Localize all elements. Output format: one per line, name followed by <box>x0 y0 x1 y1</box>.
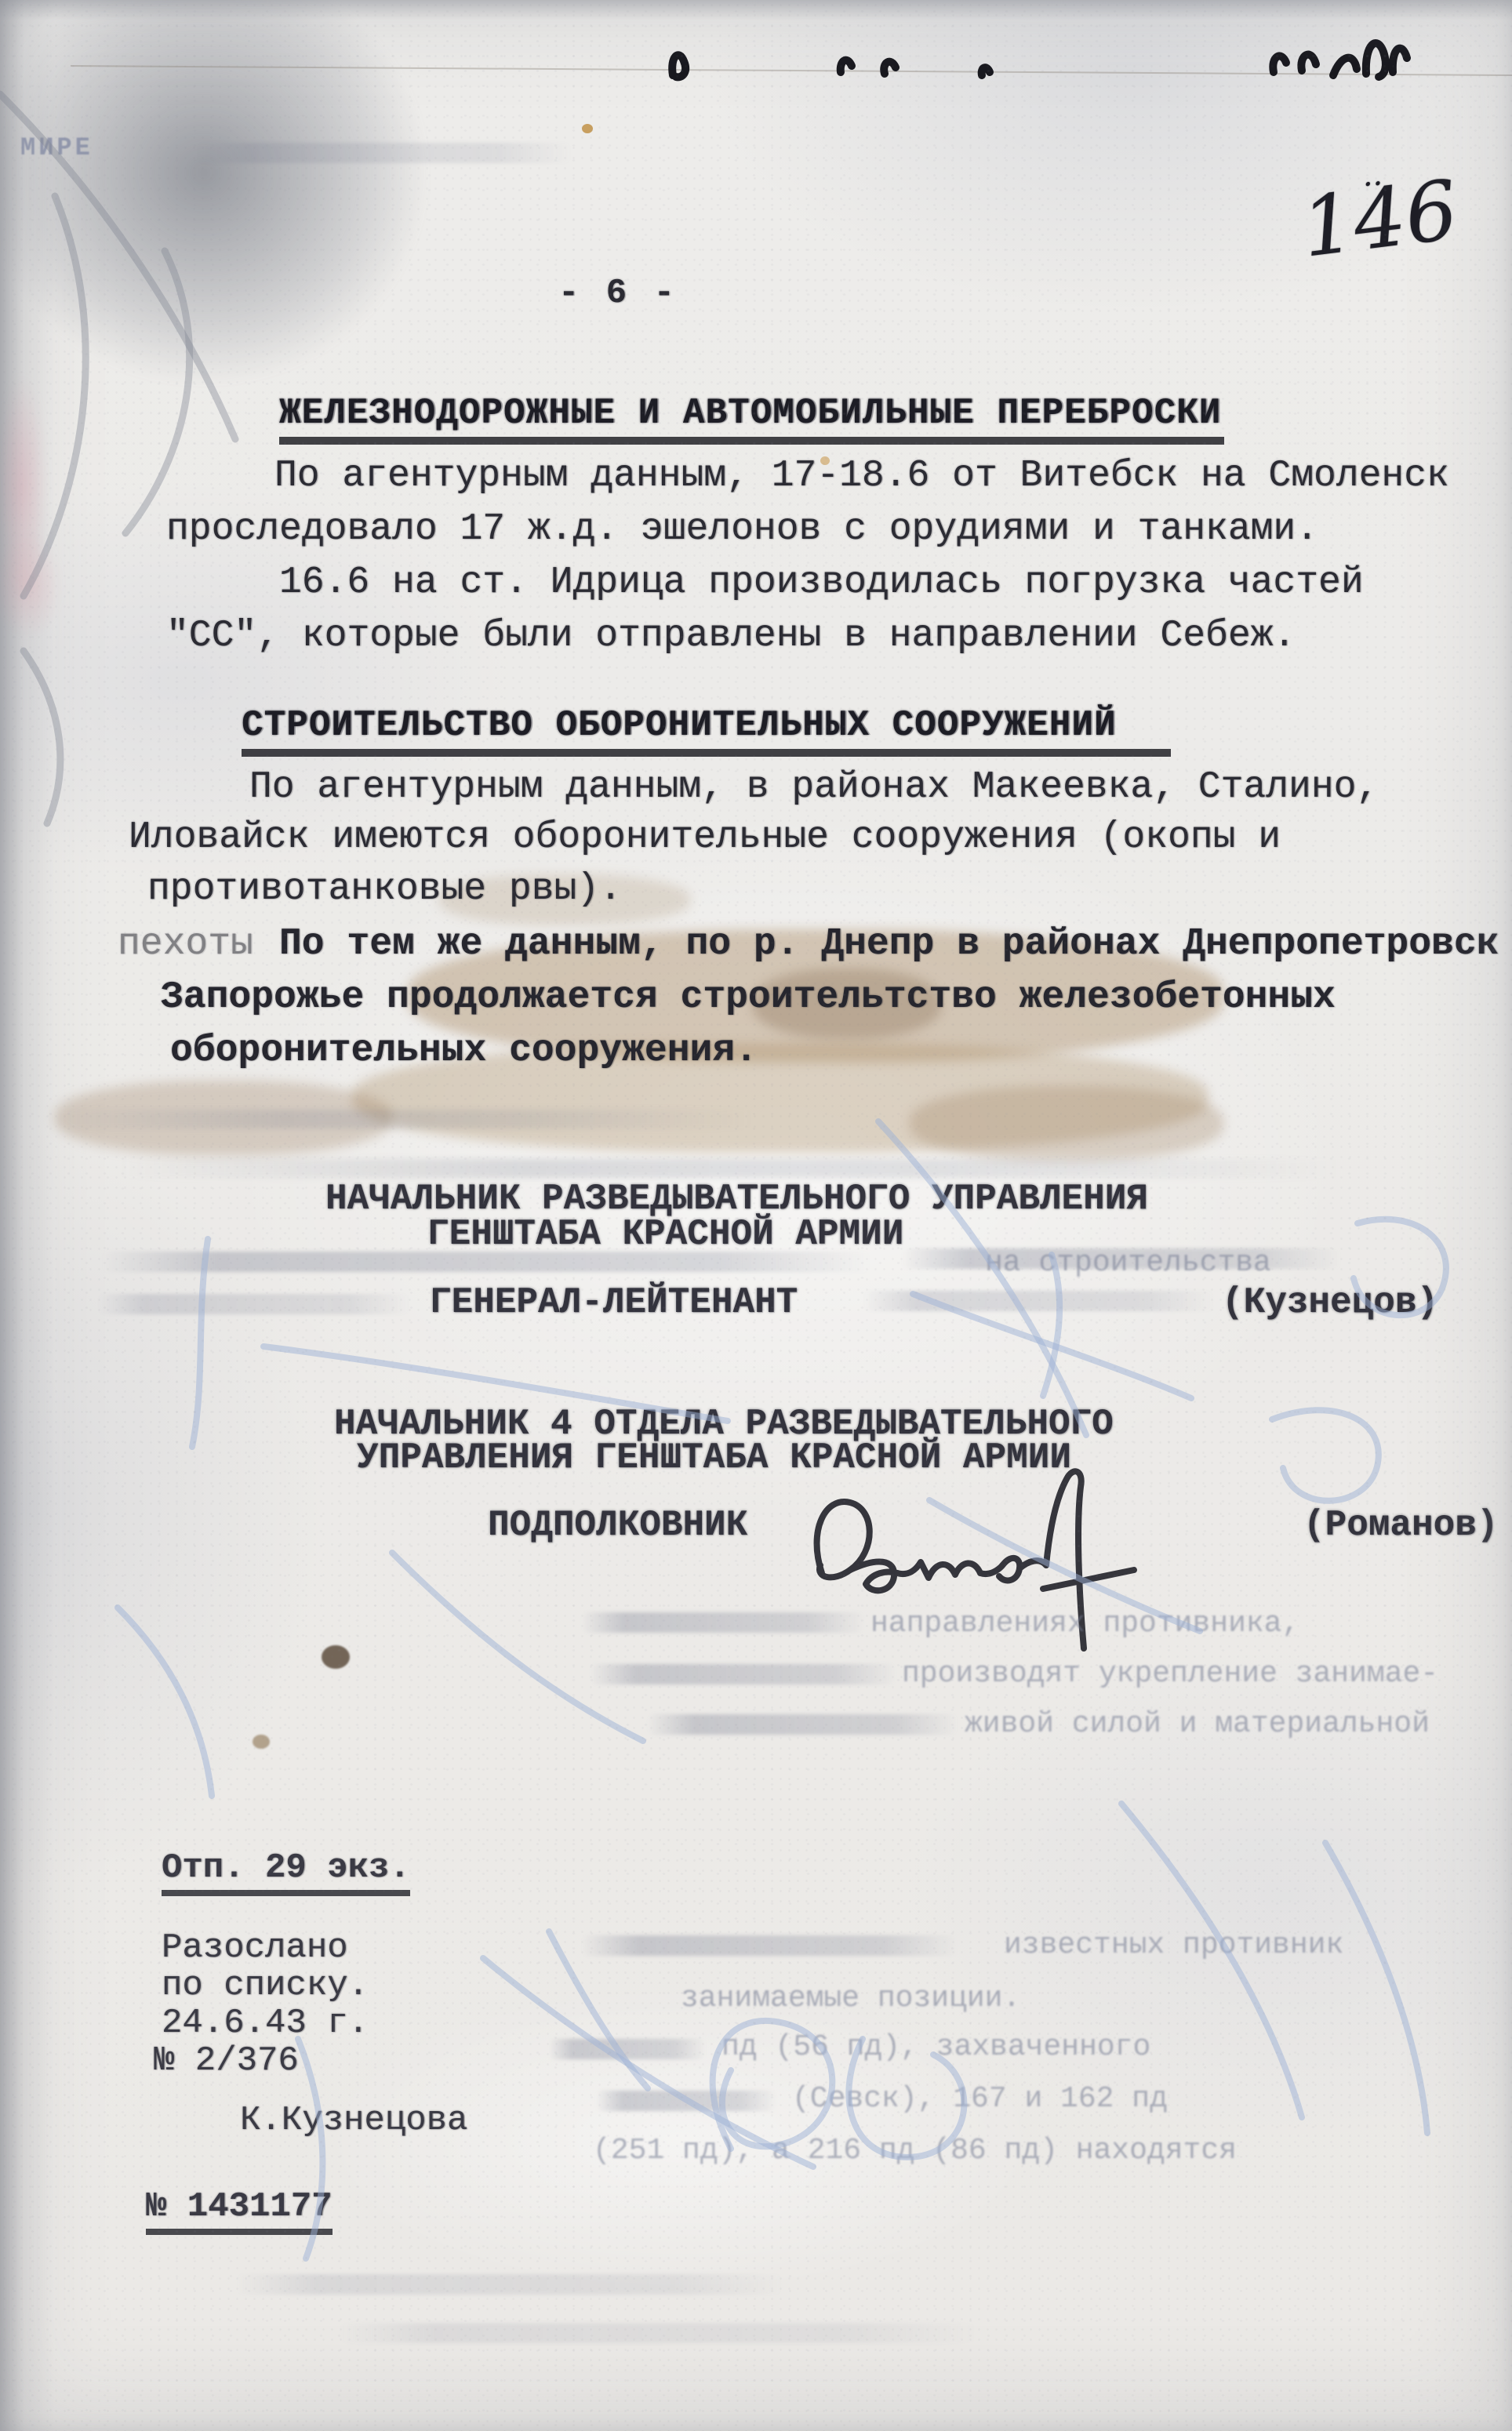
romanov-handwritten-signature <box>784 1451 1192 1686</box>
footer-copies: Отп. 29 экз. <box>162 1851 410 1896</box>
bleedthrough-line: известных противник <box>1004 1931 1343 1960</box>
bleedthrough-line: пд (56 пд), захваченного <box>721 2033 1150 2062</box>
sig1-name: (Кузнецов) <box>1222 1285 1438 1321</box>
section2-heading: СТРОИТЕЛЬСТВО ОБОРОНИТЕЛЬНЫХ СООРУЖЕНИЙ <box>242 707 1171 757</box>
bleedthrough-line: направлениях противника, <box>870 1609 1299 1639</box>
footer-sent-line1: Разослано <box>162 1931 348 1965</box>
ghost-band <box>47 1110 753 1128</box>
edge-stamp-fragment: МИРЕ <box>20 133 93 162</box>
footer-doc-number: № 1431177 <box>146 2189 333 2235</box>
ghost-band <box>118 1159 1341 1178</box>
section2-line3: противотанковые рвы). <box>147 870 622 908</box>
sig1-title-line2: ГЕНШТАБА КРАСНОЙ АРМИИ <box>427 1216 903 1252</box>
footer-ref-number: № 2/376 <box>154 2044 299 2078</box>
top-edge-shadow <box>0 0 1512 20</box>
section1-line3: 16.6 на ст. Идрица производилась погрузк… <box>279 564 1364 601</box>
small-stain-dot <box>253 1735 270 1749</box>
handwriting-fragments-top-edge <box>672 43 1407 77</box>
section3-line3: оборонительных сооружения. <box>170 1032 758 1070</box>
tape-stain-right <box>910 1086 1223 1161</box>
bleedthrough-line: производят укрепление занимае- <box>902 1659 1438 1689</box>
bleedthrough-line: живой силой и материальной <box>965 1710 1430 1739</box>
section1-line1: По агентурным данным, 17-18.6 от Витебск… <box>274 457 1449 495</box>
scanned-document-page: МИРЕ - 6 - 146 ·· ЖЕЛЕЗНОДОРОЖНЫЕ И АВТО… <box>0 0 1512 2431</box>
section2-line1: По агентурным данным, в районах Макеевка… <box>249 769 1379 806</box>
stamp-smudge <box>196 143 572 163</box>
paper-speck <box>582 124 593 133</box>
pink-ink-smear-lower <box>0 518 71 651</box>
sig1-rank: ГЕНЕРАЛ-ЛЕЙТЕНАНТ <box>430 1285 798 1321</box>
section3-line2: Запорожье продолжается строительтство же… <box>161 979 1336 1016</box>
folio-ink-dots: ·· <box>1361 165 1384 203</box>
section1-line2: проследовало 17 ж.д. эшелонов с орудиями… <box>166 511 1318 548</box>
page-number: - 6 - <box>558 276 678 311</box>
section1-line4: "СС", которые были отправлены в направле… <box>166 617 1296 655</box>
section3-line1: По тем же данным, по р. Днепр в районах … <box>279 925 1499 963</box>
bleedthrough-line: занимаемые позиции. <box>681 1984 1020 2014</box>
sig2-rank: ПОДПОЛКОВНИК <box>488 1507 747 1543</box>
footer-sent-line2: по списку. <box>162 1968 369 2003</box>
section2-line2: Иловайск имеются оборонительные сооружен… <box>129 819 1281 856</box>
bleedthrough-line: на строительства <box>985 1248 1271 1278</box>
footer-date: 24.6.43 г. <box>162 2006 369 2040</box>
ink-blot <box>322 1645 350 1669</box>
footer-typist: К.Кузнецова <box>240 2103 467 2138</box>
section3-margin-word: пехоты <box>118 925 253 963</box>
sig1-title-line1: НАЧАЛЬНИК РАЗВЕДЫВАТЕЛЬНОГО УПРАВЛЕНИЯ <box>325 1181 1148 1217</box>
section1-heading: ЖЕЛЕЗНОДОРОЖНЫЕ И АВТОМОБИЛЬНЫЕ ПЕРЕБРОС… <box>279 395 1224 445</box>
bleedthrough-line: (Севск), 167 и 162 пд <box>792 2084 1168 2114</box>
sig2-name: (Романов) <box>1303 1507 1498 1543</box>
top-left-corner-shadow <box>0 0 502 455</box>
bleedthrough-line: (251 пд), а 216 пд (86 пд) находятся <box>593 2136 1237 2166</box>
